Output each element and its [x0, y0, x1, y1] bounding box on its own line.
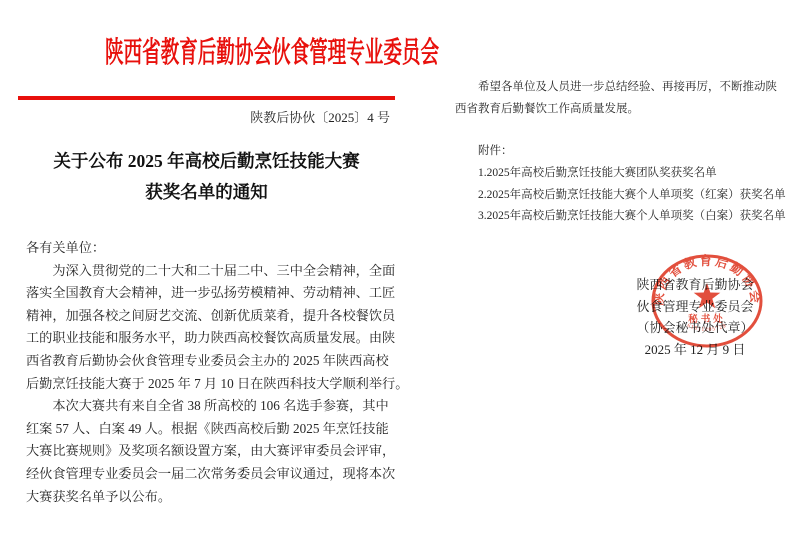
letterhead-title: 陕西省教育后勤协会伙食管理专业委员会	[105, 36, 439, 70]
body-text-line: 本次大赛共有来自全省 38 所高校的 106 名选手参赛，其中	[26, 395, 395, 418]
document-title-line-2: 获奖名单的通知	[18, 177, 395, 208]
attachment-line: 3.2025年高校后勤烹饪技能大赛个人单项奖（白案）获奖名单	[455, 206, 799, 228]
body-text-line: 各有关单位：	[26, 237, 395, 260]
letterhead: 陕西省教育后勤协会伙食管理专业委员会	[11, 36, 395, 70]
body-text-line: 西省教育后勤餐饮工作高质量发展。	[455, 99, 799, 121]
body-text-line: 大赛获奖名单予以公布。	[26, 486, 395, 509]
stamp-center-text: 秘书处	[688, 313, 726, 325]
attachment-line: 1.2025年高校后勤烹饪技能大赛团队奖获奖名单	[455, 163, 799, 185]
body-text-page1: 各有关单位： 为深入贯彻党的二十大和二十届二中、三中全会精神，全面落实全国教育大…	[26, 237, 395, 508]
stamp-star-icon	[694, 283, 721, 308]
official-seal-stamp: 陕西省教育后勤协会 秘书处 61011205729	[650, 253, 764, 349]
document-page: 陕西省教育后勤协会伙食管理专业委员会 陕教后协伙〔2025〕4 号 关于公布 2…	[0, 0, 799, 539]
body-text-line: 大赛比赛规则》及奖项名额设置方案，由大赛评审委员会评审，	[26, 440, 395, 463]
attachments-list: 附件： 1.2025年高校后勤烹饪技能大赛团队奖获奖名单 2.2025年高校后勤…	[455, 141, 799, 228]
body-text-line: 精神，加强各校之间厨艺交流、创新优质菜肴，提升各校餐饮员	[26, 305, 395, 328]
body-text-line: 红案 57 人、白案 49 人。根据《陕西高校后勤 2025 年烹饪技能	[26, 418, 395, 441]
attachment-line: 附件：	[455, 141, 799, 163]
document-number: 陕教后协伙〔2025〕4 号	[18, 107, 390, 126]
body-text-line: 经伙食管理专业委员会一届二次常务委员会审议通过，现将本次	[26, 463, 395, 486]
attachment-line: 2.2025年高校后勤烹饪技能大赛个人单项奖（红案）获奖名单	[455, 185, 799, 207]
body-text-page2: 希望各单位及人员进一步总结经验、再接再厉，不断推动陕西省教育后勤餐饮工作高质量发…	[455, 77, 799, 120]
body-text-line: 为深入贯彻党的二十大和二十届二中、三中全会精神，全面	[26, 260, 395, 283]
body-text-line: 西省教育后勤协会伙食管理专业委员会主办的 2025 年陕西高校	[26, 350, 395, 373]
body-text-line: 希望各单位及人员进一步总结经验、再接再厉，不断推动陕	[455, 77, 799, 99]
document-title-line-1: 关于公布 2025 年高校后勤烹饪技能大赛	[18, 146, 395, 177]
body-text-line: 后勤烹饪技能大赛于 2025 年 7 月 10 日在陕西科技大学顺利举行。	[26, 373, 395, 396]
document-title: 关于公布 2025 年高校后勤烹饪技能大赛 获奖名单的通知	[18, 146, 395, 208]
letterhead-divider-line	[18, 96, 395, 100]
body-text-line: 落实全国教育大会精神，进一步弘扬劳模精神、劳动精神、工匠	[26, 282, 395, 305]
body-text-line: 工的职业技能和服务水平，助力陕西高校餐饮高质量发展。由陕	[26, 327, 395, 350]
